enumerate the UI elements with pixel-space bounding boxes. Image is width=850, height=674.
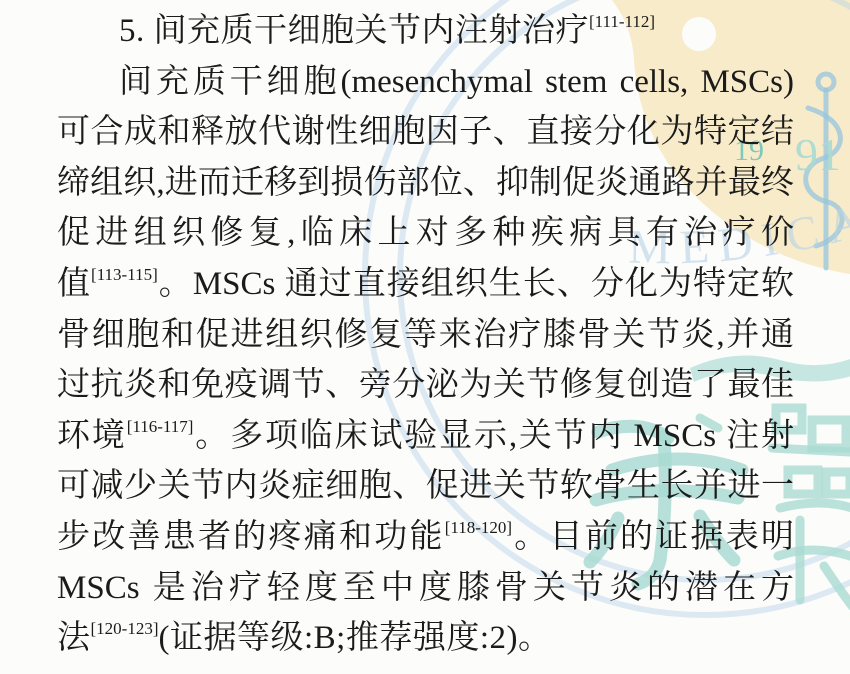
- text-run: 值: [57, 266, 91, 302]
- text-run: 间充质干细胞(mesenchymal stem cells, MSCs): [119, 64, 794, 100]
- seal-year-digits-right: 91: [795, 129, 841, 180]
- text-line: 促进组织修复,临床上对多种疾病具有治疗价: [57, 208, 794, 259]
- section-heading: 5. 间充质干细胞关节内注射治疗[111-112]: [57, 6, 794, 57]
- text-line: 值[113-115]。MSCs 通过直接组织生长、分化为特定软: [57, 259, 794, 310]
- text-line: 骨细胞和促进组织修复等来治疗膝骨关节炎,并通: [57, 310, 794, 361]
- text-line: 可合成和释放代谢性细胞因子、直接分化为特定结: [57, 107, 794, 158]
- text-run: 骨细胞和促进组织修复等来治疗膝骨关节炎,并通: [57, 317, 794, 353]
- text-run: 。MSCs 通过直接组织生长、分化为特定软: [158, 266, 794, 302]
- text-run: 过抗炎和免疫调节、旁分泌为关节修复创造了最佳: [57, 367, 794, 403]
- citation-superscript: [111-112]: [589, 12, 655, 31]
- text-run: 。多项临床试验显示,关节内 MSCs 注射: [193, 418, 794, 454]
- text-run: MSCs 是治疗轻度至中度膝骨关节炎的潜在方: [57, 570, 794, 606]
- text-line: 环境[116-117]。多项临床试验显示,关节内 MSCs 注射: [57, 411, 794, 462]
- paragraph-block: 5. 间充质干细胞关节内注射治疗[111-112]间充质干细胞(mesenchy…: [57, 6, 794, 664]
- document-page: { "theme": { "page-bg": "#fcfcfb", "text…: [0, 0, 850, 674]
- text-run: 促进组织修复,临床上对多种疾病具有治疗价: [57, 215, 794, 251]
- text-line: 过抗炎和免疫调节、旁分泌为关节修复创造了最佳: [57, 360, 794, 411]
- text-line: 可减少关节内炎症细胞、促进关节软骨生长并进一: [57, 461, 794, 512]
- text-line: 间充质干细胞(mesenchymal stem cells, MSCs): [57, 57, 794, 108]
- citation-superscript: [116-117]: [127, 417, 194, 436]
- citation-superscript: [120-123]: [91, 619, 159, 638]
- text-run: (证据等级:B;推荐强度:2)。: [158, 620, 551, 656]
- citation-superscript: [118-120]: [445, 518, 512, 537]
- text-run: 可减少关节内炎症细胞、促进关节软骨生长并进一: [57, 468, 794, 504]
- text-run: 。目前的证据表明: [512, 519, 794, 555]
- citation-superscript: [113-115]: [91, 265, 158, 284]
- text-run: 步改善患者的疼痛和功能: [57, 519, 445, 555]
- text-line: 法[120-123](证据等级:B;推荐强度:2)。: [57, 613, 794, 664]
- text-run: 可合成和释放代谢性细胞因子、直接分化为特定结: [57, 114, 794, 150]
- text-line: 缔组织,进而迁移到损伤部位、抑制促炎通路并最终: [57, 158, 794, 209]
- text-run: 5. 间充质干细胞关节内注射治疗: [119, 13, 589, 49]
- text-run: 环境: [57, 418, 127, 454]
- caduceus-staff-icon: [806, 74, 842, 268]
- text-run: 缔组织,进而迁移到损伤部位、抑制促炎通路并最终: [57, 165, 794, 201]
- text-line: MSCs 是治疗轻度至中度膝骨关节炎的潜在方: [57, 563, 794, 614]
- text-line: 步改善患者的疼痛和功能[118-120]。目前的证据表明: [57, 512, 794, 563]
- text-run: 法: [57, 620, 91, 656]
